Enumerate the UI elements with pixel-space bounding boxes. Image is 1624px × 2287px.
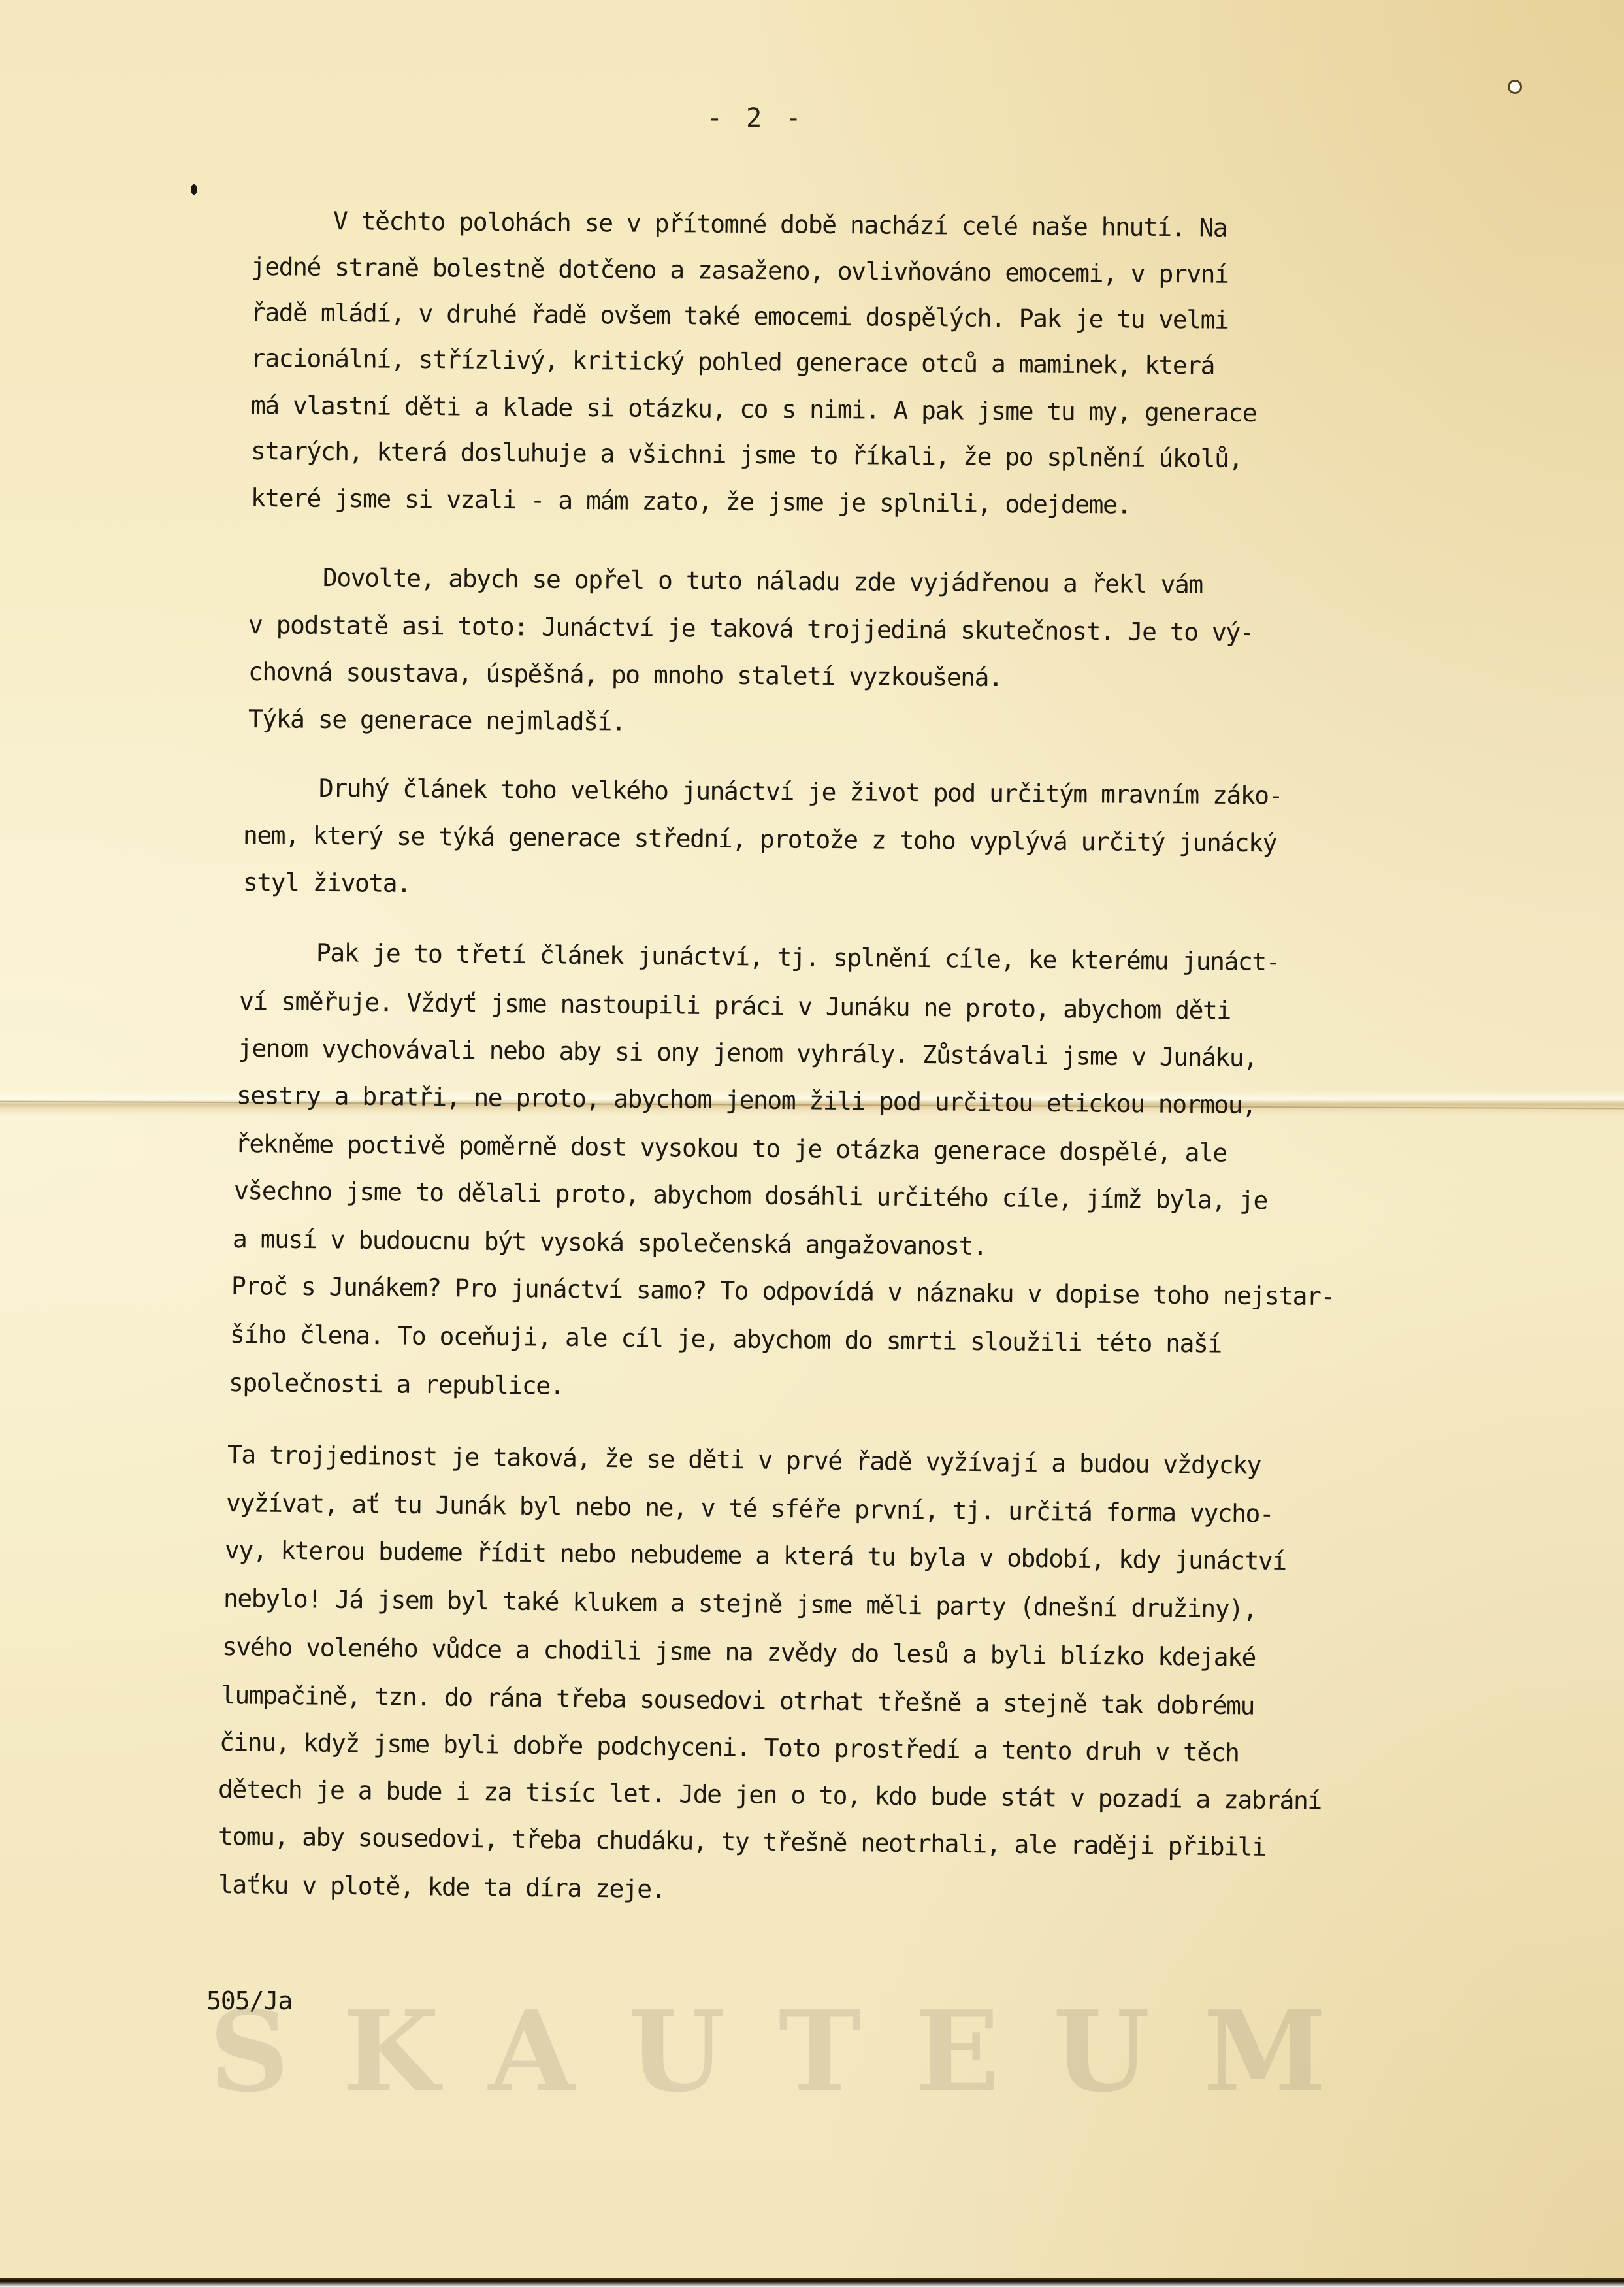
text-line: chovná soustava, úspěšná, po mnoho stale… (248, 657, 1003, 692)
text-line: společnosti a republice. (229, 1368, 564, 1400)
text-line: řekněme poctivě poměrně dost vysokou to … (235, 1129, 1227, 1168)
text-line: ví směřuje. Vždyť jsme nastoupili práci … (239, 987, 1231, 1025)
document-reference: 505/Ja (206, 1986, 292, 2015)
text-line: všechno jsme to dělali proto, abychom do… (234, 1176, 1267, 1215)
text-line: činu, když jsme byli dobře podchyceni. T… (219, 1728, 1239, 1767)
text-line: vy, kterou budeme řídit nebo nebudeme a … (225, 1536, 1286, 1575)
text-line: Proč s Junákem? Pro junáctví samo? To od… (231, 1272, 1335, 1311)
text-line: dětech je a bude i za tisíc let. Jde jen… (218, 1775, 1322, 1815)
text-line: Dovolte, abych se opřel o tuto náladu zd… (323, 563, 1203, 599)
page-number: - 2 - (707, 103, 805, 133)
text-line: jenom vychovávali nebo aby si ony jenom … (238, 1034, 1258, 1072)
text-line: styl života. (243, 868, 411, 898)
text-line: Týká se generace nejmladší. (248, 704, 626, 736)
text-line: které jsme si vzali - a mám zato, že jsm… (251, 484, 1131, 519)
text-line: v podstatě asi toto: Junáctví je taková … (248, 610, 1254, 647)
text-line: šího člena. To oceňuji, ale cíl je, abyc… (230, 1320, 1222, 1358)
text-line: V těchto polohách se v přítomné době nac… (333, 206, 1227, 242)
text-line: Pak je to třetí článek junáctví, tj. spl… (316, 938, 1280, 976)
text-line: řadě mládí, v druhé řadě ovšem také emoc… (251, 298, 1229, 335)
text-line: a musí v budoucnu být vysoká společenská… (233, 1225, 987, 1260)
text-line: tomu, aby sousedovi, třeba chudáku, ty t… (218, 1822, 1266, 1862)
text-line: lumpačině, tzn. do rána třeba sousedovi … (221, 1681, 1254, 1720)
punch-hole (1508, 80, 1522, 94)
text-line: Druhý článek toho velkého junáctví je ži… (319, 774, 1282, 810)
page-bottom-edge (0, 2278, 1624, 2287)
paper-page: - 2 - SKAUTEUM V těchto polohách se v př… (0, 0, 1624, 2279)
text-line: jedné straně bolestně dotčeno a zasaženo… (251, 252, 1229, 289)
text-line: racionální, střízlivý, kritický pohled g… (251, 344, 1214, 380)
text-line: starých, která dosluhuje a všichni jsme … (251, 436, 1242, 473)
text-line: laťku v plotě, kde ta díra zeje. (218, 1870, 666, 1903)
text-line: nem, který se týká generace střední, pro… (243, 821, 1276, 857)
text-line: Ta trojjedinost je taková, že se děti v … (227, 1440, 1261, 1480)
text-line: nebylo! Já jsem byl také klukem a stejně… (223, 1584, 1257, 1624)
text-line: svého voleného vůdce a chodili jsme na z… (222, 1632, 1256, 1672)
text-line: má vlastní děti a klade si otázku, co s … (251, 391, 1257, 427)
watermark: SKAUTEUM (209, 1986, 1380, 2117)
text-line: vyžívat, ať tu Junák byl nebo ne, v té s… (226, 1489, 1274, 1528)
ink-dot (191, 184, 197, 195)
